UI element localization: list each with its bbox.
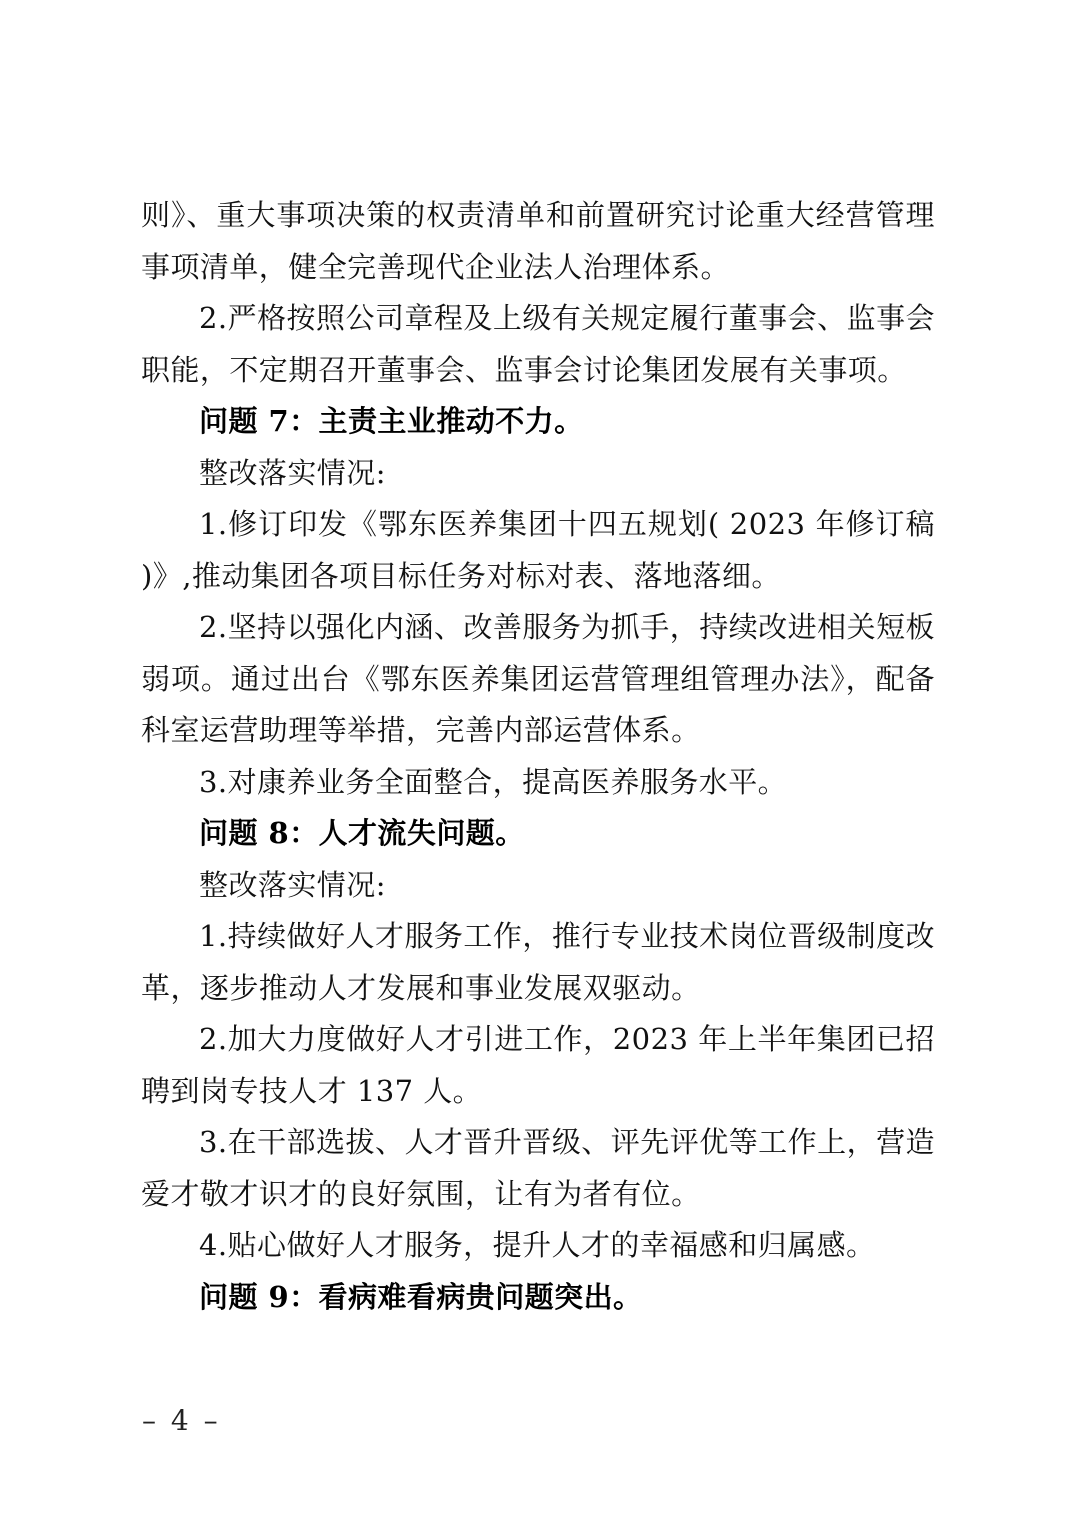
section-heading: 问题 9：看病难看病贵问题突出。 bbox=[141, 1272, 935, 1324]
page-number: – 4 – bbox=[142, 1404, 221, 1437]
paragraph: 2.严格按照公司章程及上级有关规定履行董事会、监事会职能，不定期召开董事会、监事… bbox=[141, 293, 935, 396]
document-body: 则》、重大事项决策的权责清单和前置研究讨论重大经营管理事项清单，健全完善现代企业… bbox=[141, 190, 935, 1323]
paragraph: 整改落实情况: bbox=[141, 860, 935, 912]
paragraph: 4.贴心做好人才服务，提升人才的幸福感和归属感。 bbox=[141, 1220, 935, 1272]
section-heading: 问题 8：人才流失问题。 bbox=[141, 808, 935, 860]
paragraph: 整改落实情况: bbox=[141, 448, 935, 500]
paragraph: 3.对康养业务全面整合，提高医养服务水平。 bbox=[141, 757, 935, 809]
paragraph: 3.在干部选拔、人才晋升晋级、评先评优等工作上，营造爱才敬才识才的良好氛围，让有… bbox=[141, 1117, 935, 1220]
paragraph: 1.持续做好人才服务工作，推行专业技术岗位晋级制度改革，逐步推动人才发展和事业发… bbox=[141, 911, 935, 1014]
paragraph: 1.修订印发《鄂东医养集团十四五规划( 2023 年修订稿 )》,推动集团各项目… bbox=[141, 499, 935, 602]
section-heading: 问题 7：主责主业推动不力。 bbox=[141, 396, 935, 448]
document-page: 则》、重大事项决策的权责清单和前置研究讨论重大经营管理事项清单，健全完善现代企业… bbox=[0, 0, 1074, 1520]
paragraph: 2.坚持以强化内涵、改善服务为抓手，持续改进相关短板弱项。通过出台《鄂东医养集团… bbox=[141, 602, 935, 757]
paragraph: 则》、重大事项决策的权责清单和前置研究讨论重大经营管理事项清单，健全完善现代企业… bbox=[141, 190, 935, 293]
paragraph: 2.加大力度做好人才引进工作，2023 年上半年集团已招聘到岗专技人才 137 … bbox=[141, 1014, 935, 1117]
